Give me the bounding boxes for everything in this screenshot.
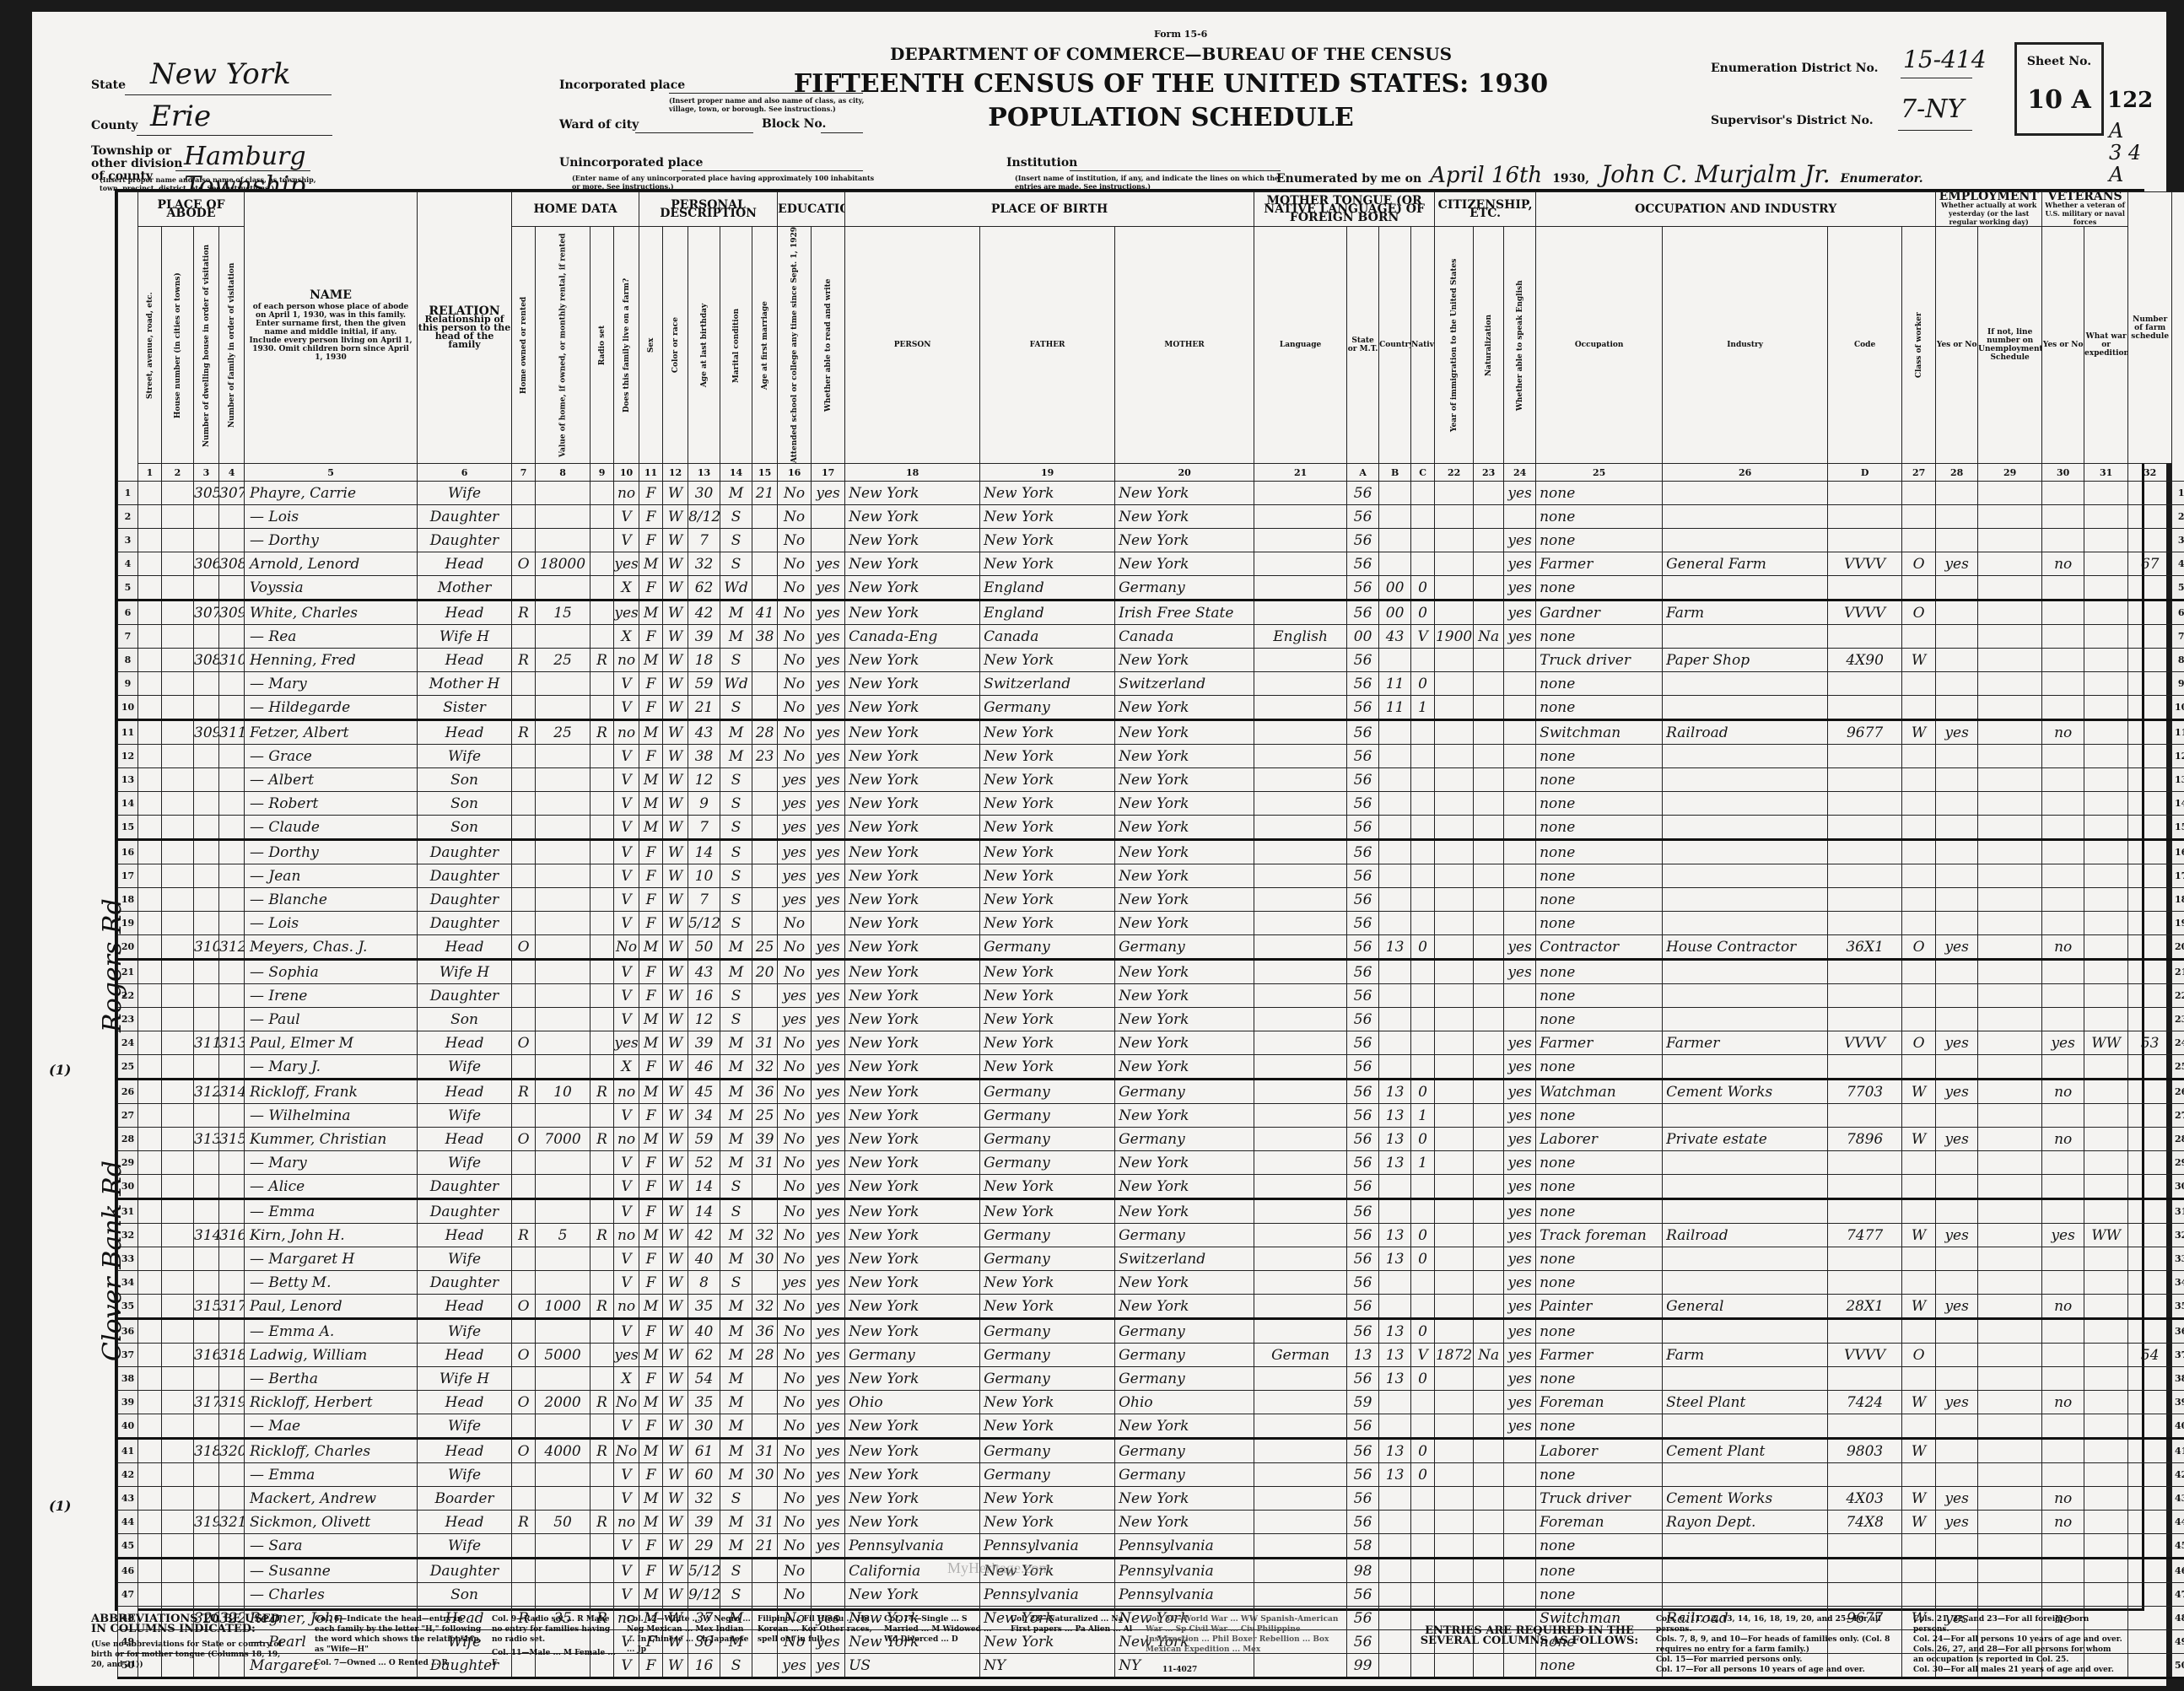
cell-worker-class: W: [1902, 1439, 1936, 1463]
table-row: 16— DorthyDaughterVFW14SyesyesNew YorkNe…: [118, 840, 2184, 864]
cell-industry: Cement Works: [1663, 1080, 1828, 1104]
cell-father-birth: Germany: [980, 1104, 1115, 1128]
cell-farm-sched: [2128, 1151, 2172, 1175]
cell-sex: F: [639, 576, 663, 600]
table-row: 44319321Sickmon, OlivettHeadR50RnoMW39M3…: [118, 1511, 2184, 1534]
cell-farm: V: [614, 1583, 639, 1607]
cell-family: [219, 864, 245, 888]
cell-school: yes: [778, 792, 812, 816]
cell-language: [1254, 1104, 1347, 1128]
column-header-4: Number of family in order of visitation: [219, 227, 245, 464]
cell-worker-class: [1902, 1319, 1936, 1344]
cell-work-yes: [1936, 1319, 1978, 1344]
cell-street: [138, 552, 162, 576]
cell-code-c: 0: [1411, 1463, 1435, 1487]
cell-code-c: 0: [1411, 1224, 1435, 1247]
cell-worker-class: [1902, 1534, 1936, 1559]
cell-value: [536, 1271, 590, 1295]
cell-father-birth: Pennsylvania: [980, 1534, 1115, 1559]
cell-school: No: [778, 912, 812, 935]
cell-unemp-line: [1978, 1487, 2042, 1511]
column-number-19: 19: [980, 464, 1115, 482]
cell-immig: [1435, 1487, 1474, 1511]
cell-english: yes: [1504, 1199, 1536, 1224]
cell-dwelling: 312: [194, 1080, 219, 1104]
cell-natur: [1474, 1247, 1504, 1271]
line-number-right: 9: [2172, 672, 2184, 696]
cell-worker-class: [1902, 1055, 1936, 1080]
cell-school: yes: [778, 1271, 812, 1295]
cell-industry: House Contractor: [1663, 935, 1828, 960]
cell-family: 311: [219, 720, 245, 745]
cell-code-a: 59: [1347, 1391, 1379, 1414]
cell-father-birth: New York: [980, 505, 1115, 529]
cell-natur: [1474, 935, 1504, 960]
cell-farm: X: [614, 625, 639, 649]
cell-veteran: [2042, 1439, 2084, 1463]
cell-age-marr: [752, 840, 778, 864]
cell-name: — Emma A.: [245, 1319, 418, 1344]
cell-work-yes: [1936, 696, 1978, 720]
cell-sex: F: [639, 1175, 663, 1199]
cell-house: [162, 505, 194, 529]
cell-school: No: [778, 1344, 812, 1367]
cell-mother-birth: New York: [1115, 696, 1254, 720]
cell-race: W: [663, 1367, 688, 1391]
cell-immig: [1435, 1583, 1474, 1607]
cell-family: [219, 768, 245, 792]
cell-name: Sickmon, Olivett: [245, 1511, 418, 1534]
cell-read: yes: [812, 745, 845, 768]
cell-family: 314: [219, 1080, 245, 1104]
cell-name: — Blanche: [245, 888, 418, 912]
cell-father-birth: New York: [980, 482, 1115, 505]
cell-english: [1504, 1534, 1536, 1559]
table-row: 35315317Paul, LenordHeadO1000RnoMW35M32N…: [118, 1295, 2184, 1319]
cell-street: [138, 792, 162, 816]
cell-work-yes: [1936, 1367, 1978, 1391]
cell-race: W: [663, 625, 688, 649]
cell-radio: [590, 600, 614, 625]
cell-sex: F: [639, 1104, 663, 1128]
cell-read: yes: [812, 1487, 845, 1511]
cell-name: Paul, Elmer M: [245, 1031, 418, 1055]
cell-owned: [512, 1583, 536, 1607]
cell-immig: [1435, 1391, 1474, 1414]
cell-farm-sched: [2128, 505, 2172, 529]
cell-work-yes: [1936, 576, 1978, 600]
column-header-21: Language: [1254, 227, 1347, 464]
cell-sex: F: [639, 505, 663, 529]
cell-code-b: [1379, 529, 1411, 552]
cell-house: [162, 1367, 194, 1391]
cell-age-marr: [752, 1199, 778, 1224]
cell-radio: [590, 840, 614, 864]
cell-veteran: [2042, 1247, 2084, 1271]
cell-name: Rickloff, Charles: [245, 1439, 418, 1463]
cell-code-b: [1379, 1031, 1411, 1055]
cell-school: No: [778, 529, 812, 552]
cell-occupation: none: [1536, 529, 1663, 552]
cell-code-b: 13: [1379, 935, 1411, 960]
cell-english: yes: [1504, 625, 1536, 649]
cell-house: [162, 1151, 194, 1175]
cell-sex: M: [639, 1344, 663, 1367]
line-number: 26: [118, 1080, 138, 1104]
cell-farm-sched: [2128, 1534, 2172, 1559]
cell-english: [1504, 1487, 1536, 1511]
cell-code-b: [1379, 745, 1411, 768]
cell-read: yes: [812, 1463, 845, 1487]
cell-unemp-line: [1978, 649, 2042, 672]
cell-unemp-line: [1978, 816, 2042, 840]
cell-family: 308: [219, 552, 245, 576]
cell-owned: R: [512, 649, 536, 672]
cell-street: [138, 1224, 162, 1247]
cell-war: [2084, 529, 2128, 552]
cell-value: 4000: [536, 1439, 590, 1463]
entries-4: Col. 17—For all persons 10 years of age …: [1656, 1665, 1901, 1675]
cell-street: [138, 1271, 162, 1295]
cell-house: [162, 1295, 194, 1319]
cell-unemp-line: [1978, 1295, 2042, 1319]
cell-race: W: [663, 1295, 688, 1319]
cell-birth: New York: [845, 792, 980, 816]
cell-sex: M: [639, 649, 663, 672]
column-number-20: 20: [1115, 464, 1254, 482]
cell-house: [162, 960, 194, 984]
cell-value: 7000: [536, 1128, 590, 1151]
cell-occupation: Farmer: [1536, 1344, 1663, 1367]
cell-worker-class: [1902, 1151, 1936, 1175]
cell-farm-sched: [2128, 960, 2172, 984]
veterans-desc: Whether a veteran of U.S. military or na…: [2042, 201, 2127, 226]
cell-read: [812, 529, 845, 552]
table-row: 2— LoisDaughterVFW8/12SNoNew YorkNew Yor…: [118, 505, 2184, 529]
cell-industry: Railroad: [1663, 720, 1828, 745]
cell-value: 5: [536, 1224, 590, 1247]
cell-language: [1254, 888, 1347, 912]
cell-farm-sched: [2128, 912, 2172, 935]
cell-code-a: 56: [1347, 1607, 1379, 1630]
table-row: 4306308Arnold, LenordHeadO18000yesMW32SN…: [118, 552, 2184, 576]
cell-industry: Cement Plant: [1663, 1439, 1828, 1463]
cell-age-marr: [752, 1271, 778, 1295]
cell-farm-sched: [2128, 1224, 2172, 1247]
cell-code-a: 56: [1347, 984, 1379, 1008]
cell-code-a: 56: [1347, 1367, 1379, 1391]
cell-work-yes: [1936, 1344, 1978, 1367]
cell-marital: M: [720, 1344, 752, 1367]
column-number-18: 18: [845, 464, 980, 482]
cell-street: [138, 1319, 162, 1344]
cell-farm: V: [614, 1534, 639, 1559]
cell-natur: [1474, 960, 1504, 984]
cell-war: WW: [2084, 1224, 2128, 1247]
cell-english: [1504, 672, 1536, 696]
cell-school: No: [778, 1487, 812, 1511]
cell-mother-birth: New York: [1115, 912, 1254, 935]
print-code: 11-4027: [1162, 1665, 1197, 1675]
cell-name: — Wilhelmina: [245, 1104, 418, 1128]
cell-code-a: 99: [1347, 1654, 1379, 1678]
cell-owned: [512, 1175, 536, 1199]
cell-birth: New York: [845, 1439, 980, 1463]
cell-radio: R: [590, 1224, 614, 1247]
cell-school: No: [778, 505, 812, 529]
cell-school: yes: [778, 888, 812, 912]
cell-farm-sched: [2128, 768, 2172, 792]
cell-work-yes: [1936, 505, 1978, 529]
cell-street: [138, 935, 162, 960]
column-number-31: 31: [2084, 464, 2128, 482]
cell-birth: New York: [845, 768, 980, 792]
cell-english: [1504, 912, 1536, 935]
cell-code-a: 56: [1347, 912, 1379, 935]
cell-occ-code: [1828, 1414, 1902, 1439]
cell-english: [1504, 1439, 1536, 1463]
cell-occ-code: [1828, 1463, 1902, 1487]
cell-house: [162, 1080, 194, 1104]
cell-language: [1254, 1391, 1347, 1414]
cell-natur: [1474, 1008, 1504, 1031]
cell-house: [162, 1031, 194, 1055]
cell-birth: New York: [845, 745, 980, 768]
cell-sex: F: [639, 1654, 663, 1678]
cell-dwelling: 315: [194, 1295, 219, 1319]
cell-language: [1254, 672, 1347, 696]
cell-mother-birth: New York: [1115, 792, 1254, 816]
column-header-8: Value of home, if owned, or monthly rent…: [536, 227, 590, 464]
enumerated-year: 1930,: [1552, 172, 1589, 186]
cell-value: [536, 768, 590, 792]
education-group: EDUCATION: [778, 192, 845, 227]
farm-schedule-header: Number of farm schedule: [2128, 192, 2172, 464]
cell-street: [138, 600, 162, 625]
cell-sex: F: [639, 1414, 663, 1439]
sheet-value: 10 A: [2017, 85, 2101, 115]
cell-industry: Cement Works: [1663, 1487, 1828, 1511]
cell-marital: M: [720, 1055, 752, 1080]
cell-marital: S: [720, 888, 752, 912]
cell-occ-code: [1828, 672, 1902, 696]
cell-marital: S: [720, 1199, 752, 1224]
cell-street: [138, 1463, 162, 1487]
cell-immig: [1435, 912, 1474, 935]
cell-value: [536, 1583, 590, 1607]
line-number: 17: [118, 864, 138, 888]
cell-industry: Paper Shop: [1663, 649, 1828, 672]
cell-worker-class: W: [1902, 649, 1936, 672]
cell-worker-class: [1902, 529, 1936, 552]
cell-occupation: Switchman: [1536, 720, 1663, 745]
cell-code-a: 56: [1347, 768, 1379, 792]
cell-code-c: 1: [1411, 696, 1435, 720]
cell-marital: S: [720, 529, 752, 552]
cell-worker-class: [1902, 482, 1936, 505]
cell-code-c: [1411, 1534, 1435, 1559]
line-number-right: 21: [2172, 960, 2184, 984]
cell-code-b: 43: [1379, 625, 1411, 649]
cell-farm-sched: [2128, 576, 2172, 600]
cell-natur: [1474, 1463, 1504, 1487]
cell-house: [162, 1175, 194, 1199]
cell-school: No: [778, 1391, 812, 1414]
column-header-9: Radio set: [590, 227, 614, 464]
cell-worker-class: [1902, 840, 1936, 864]
cell-school: yes: [778, 984, 812, 1008]
cell-owned: [512, 1247, 536, 1271]
cell-english: yes: [1504, 1319, 1536, 1344]
column-number-6: 6: [418, 464, 512, 482]
cell-war: [2084, 696, 2128, 720]
cell-language: [1254, 552, 1347, 576]
line-number: 27: [118, 1104, 138, 1128]
cell-street: [138, 1439, 162, 1463]
cell-occupation: none: [1536, 912, 1663, 935]
cell-value: 15: [536, 600, 590, 625]
column-header-b: Country: [1379, 227, 1411, 464]
cell-farm: No: [614, 935, 639, 960]
cell-marital: S: [720, 984, 752, 1008]
cell-work-yes: [1936, 745, 1978, 768]
cell-unemp-line: [1978, 1511, 2042, 1534]
cell-dwelling: [194, 1487, 219, 1511]
cell-work-yes: [1936, 1151, 1978, 1175]
line-number-right: 26: [2172, 1080, 2184, 1104]
cell-mother-birth: Germany: [1115, 1439, 1254, 1463]
cell-street: [138, 1175, 162, 1199]
cell-relation: Head: [418, 1439, 512, 1463]
cell-farm-sched: [2128, 1630, 2172, 1654]
cell-natur: [1474, 529, 1504, 552]
cell-sex: M: [639, 1080, 663, 1104]
cell-work-yes: [1936, 1414, 1978, 1439]
cell-father-birth: New York: [980, 984, 1115, 1008]
cell-read: yes: [812, 1319, 845, 1344]
cell-code-c: [1411, 529, 1435, 552]
cell-natur: [1474, 576, 1504, 600]
cell-industry: [1663, 960, 1828, 984]
cell-value: [536, 935, 590, 960]
cell-natur: [1474, 1104, 1504, 1128]
cell-family: [219, 1414, 245, 1439]
cell-dwelling: 310: [194, 935, 219, 960]
cell-street: [138, 1391, 162, 1414]
cell-read: yes: [812, 696, 845, 720]
cell-sex: F: [639, 696, 663, 720]
cell-family: [219, 792, 245, 816]
cell-race: W: [663, 912, 688, 935]
cell-read: yes: [812, 816, 845, 840]
cell-radio: R: [590, 1080, 614, 1104]
cell-veteran: [2042, 1104, 2084, 1128]
abbrev-col9: Col. 9—Radio set ... R Make no entry for…: [492, 1614, 618, 1645]
cell-age: 38: [688, 745, 720, 768]
line-number-right: 28: [2172, 1128, 2184, 1151]
cell-father-birth: New York: [980, 768, 1115, 792]
cell-industry: [1663, 1534, 1828, 1559]
cell-unemp-line: [1978, 1391, 2042, 1414]
cell-age-marr: [752, 1391, 778, 1414]
cell-school: No: [778, 1055, 812, 1080]
cell-owned: O: [512, 1391, 536, 1414]
cell-age-marr: [752, 552, 778, 576]
line-number-right: 24: [2172, 1031, 2184, 1055]
cell-name: Rickloff, Herbert: [245, 1391, 418, 1414]
cell-industry: [1663, 1151, 1828, 1175]
cell-worker-class: [1902, 1271, 1936, 1295]
cell-value: [536, 888, 590, 912]
cell-value: [536, 864, 590, 888]
cell-code-b: 00: [1379, 600, 1411, 625]
cell-work-yes: [1936, 792, 1978, 816]
cell-age-marr: [752, 1559, 778, 1583]
cell-code-a: 56: [1347, 482, 1379, 505]
cell-race: W: [663, 1559, 688, 1583]
line-number-right: 48: [2172, 1607, 2184, 1630]
cell-veteran: [2042, 1199, 2084, 1224]
cell-unemp-line: [1978, 529, 2042, 552]
line-number-right: 20: [2172, 935, 2184, 960]
cell-marital: M: [720, 935, 752, 960]
cell-school: No: [778, 720, 812, 745]
cell-marital: M: [720, 1319, 752, 1344]
cell-worker-class: [1902, 1367, 1936, 1391]
cell-birth: New York: [845, 935, 980, 960]
cell-war: [2084, 1247, 2128, 1271]
cell-age: 18: [688, 649, 720, 672]
column-number-c: C: [1411, 464, 1435, 482]
line-number: 8: [118, 649, 138, 672]
cell-work-yes: [1936, 1463, 1978, 1487]
line-number-right: 46: [2172, 1559, 2184, 1583]
cell-language: [1254, 1031, 1347, 1055]
cell-marital: M: [720, 1031, 752, 1055]
cell-sex: F: [639, 1055, 663, 1080]
cell-code-c: [1411, 1583, 1435, 1607]
cell-relation: Daughter: [418, 984, 512, 1008]
cell-family: [219, 745, 245, 768]
cell-language: [1254, 649, 1347, 672]
entries-7: Cols. 26, 27, and 28—For all persons for…: [1913, 1645, 2124, 1665]
cell-name: — Emma: [245, 1199, 418, 1224]
cell-age: 60: [688, 1463, 720, 1487]
cell-house: [162, 1224, 194, 1247]
line-number-right: 6: [2172, 600, 2184, 625]
cell-radio: [590, 1199, 614, 1224]
cell-radio: [590, 984, 614, 1008]
cell-veteran: [2042, 1055, 2084, 1080]
cell-farm-sched: [2128, 1414, 2172, 1439]
cell-marital: M: [720, 1534, 752, 1559]
cell-dwelling: [194, 984, 219, 1008]
cell-farm: V: [614, 816, 639, 840]
cell-house: [162, 1391, 194, 1414]
cell-farm: no: [614, 482, 639, 505]
column-header-25: Occupation: [1536, 227, 1663, 464]
cell-natur: [1474, 1367, 1504, 1391]
cell-war: [2084, 1414, 2128, 1439]
cell-age-marr: 25: [752, 1104, 778, 1128]
column-number-a: A: [1347, 464, 1379, 482]
cell-value: [536, 1104, 590, 1128]
cell-age: 43: [688, 720, 720, 745]
cell-sex: F: [639, 912, 663, 935]
cell-war: [2084, 1583, 2128, 1607]
cell-occ-code: 9677: [1828, 720, 1902, 745]
column-number-b: B: [1379, 464, 1411, 482]
